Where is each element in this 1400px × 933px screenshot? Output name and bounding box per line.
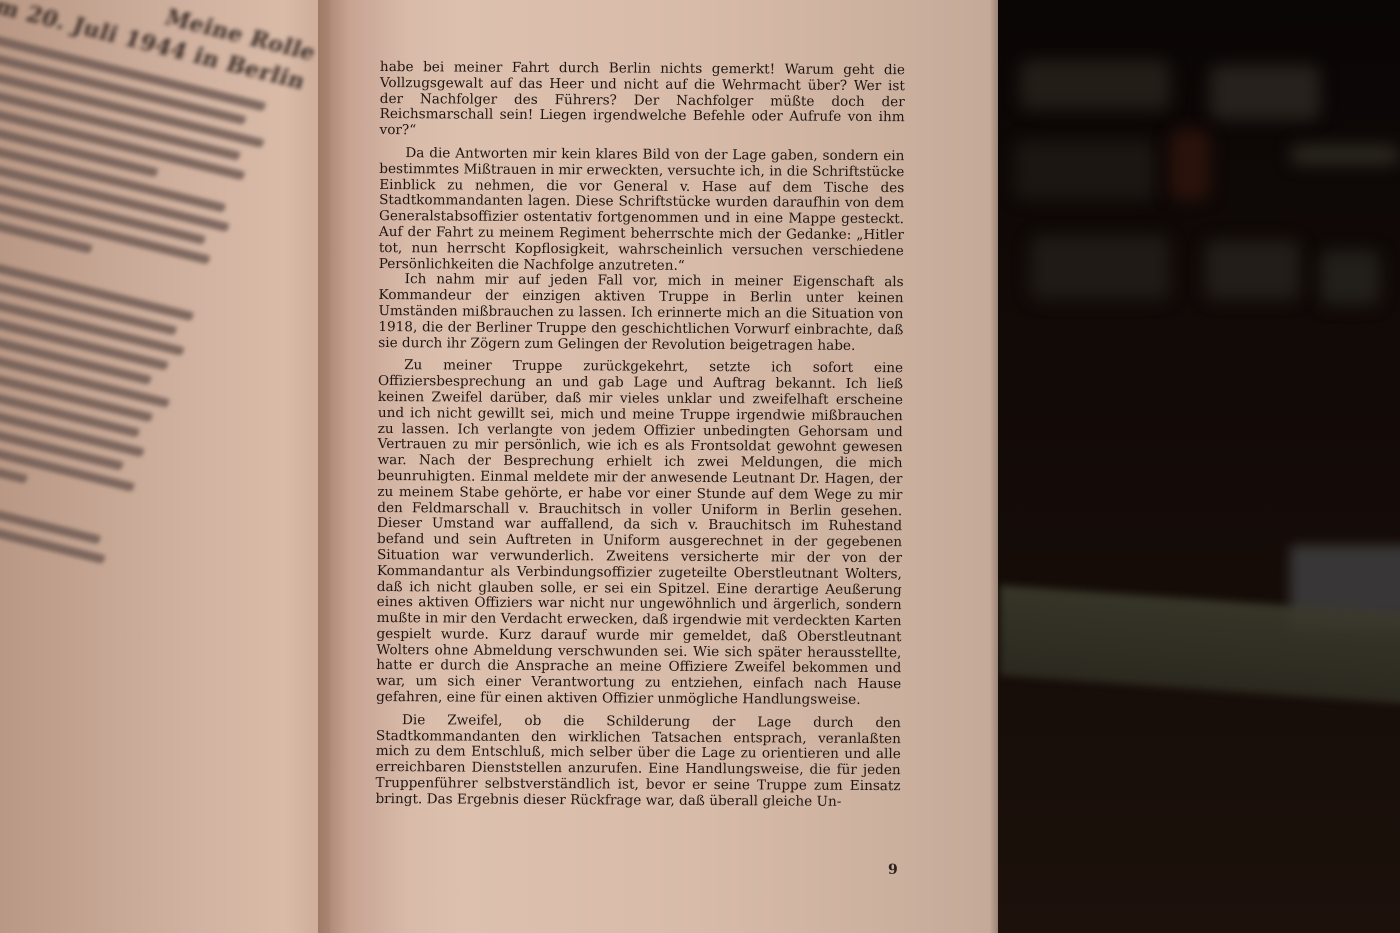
paragraph: habe bei meiner Fahrt durch Berlin nicht… (380, 60, 905, 142)
left-page: Meine Rolle am 20. Juli 1944 in Berlin (0, 0, 335, 933)
page-number: 9 (888, 862, 898, 878)
blurred-book (1210, 65, 1320, 120)
blurred-book (1020, 60, 1170, 110)
paragraph: Ich nahm mir auf jeden Fall vor, mich in… (378, 272, 903, 354)
paragraph: Da die Antworten mir kein klares Bild vo… (379, 146, 905, 276)
page-edge (990, 0, 998, 933)
blurred-book (1290, 145, 1400, 165)
book-photo: Meine Rolle am 20. Juli 1944 in Berlin (0, 0, 1400, 933)
blurred-book (1015, 140, 1155, 200)
blurred-book (1320, 250, 1380, 305)
paragraph: Die Zweifel, ob die Schilderung der Lage… (375, 713, 901, 811)
right-page-text: habe bei meiner Fahrt durch Berlin nicht… (375, 60, 905, 811)
paragraph: Zu meiner Truppe zurückgekehrt, setzte i… (376, 358, 903, 709)
blurred-book (1205, 240, 1300, 300)
blurred-book (1170, 130, 1210, 200)
dark-background (990, 0, 1400, 933)
blurred-book (1030, 235, 1170, 300)
